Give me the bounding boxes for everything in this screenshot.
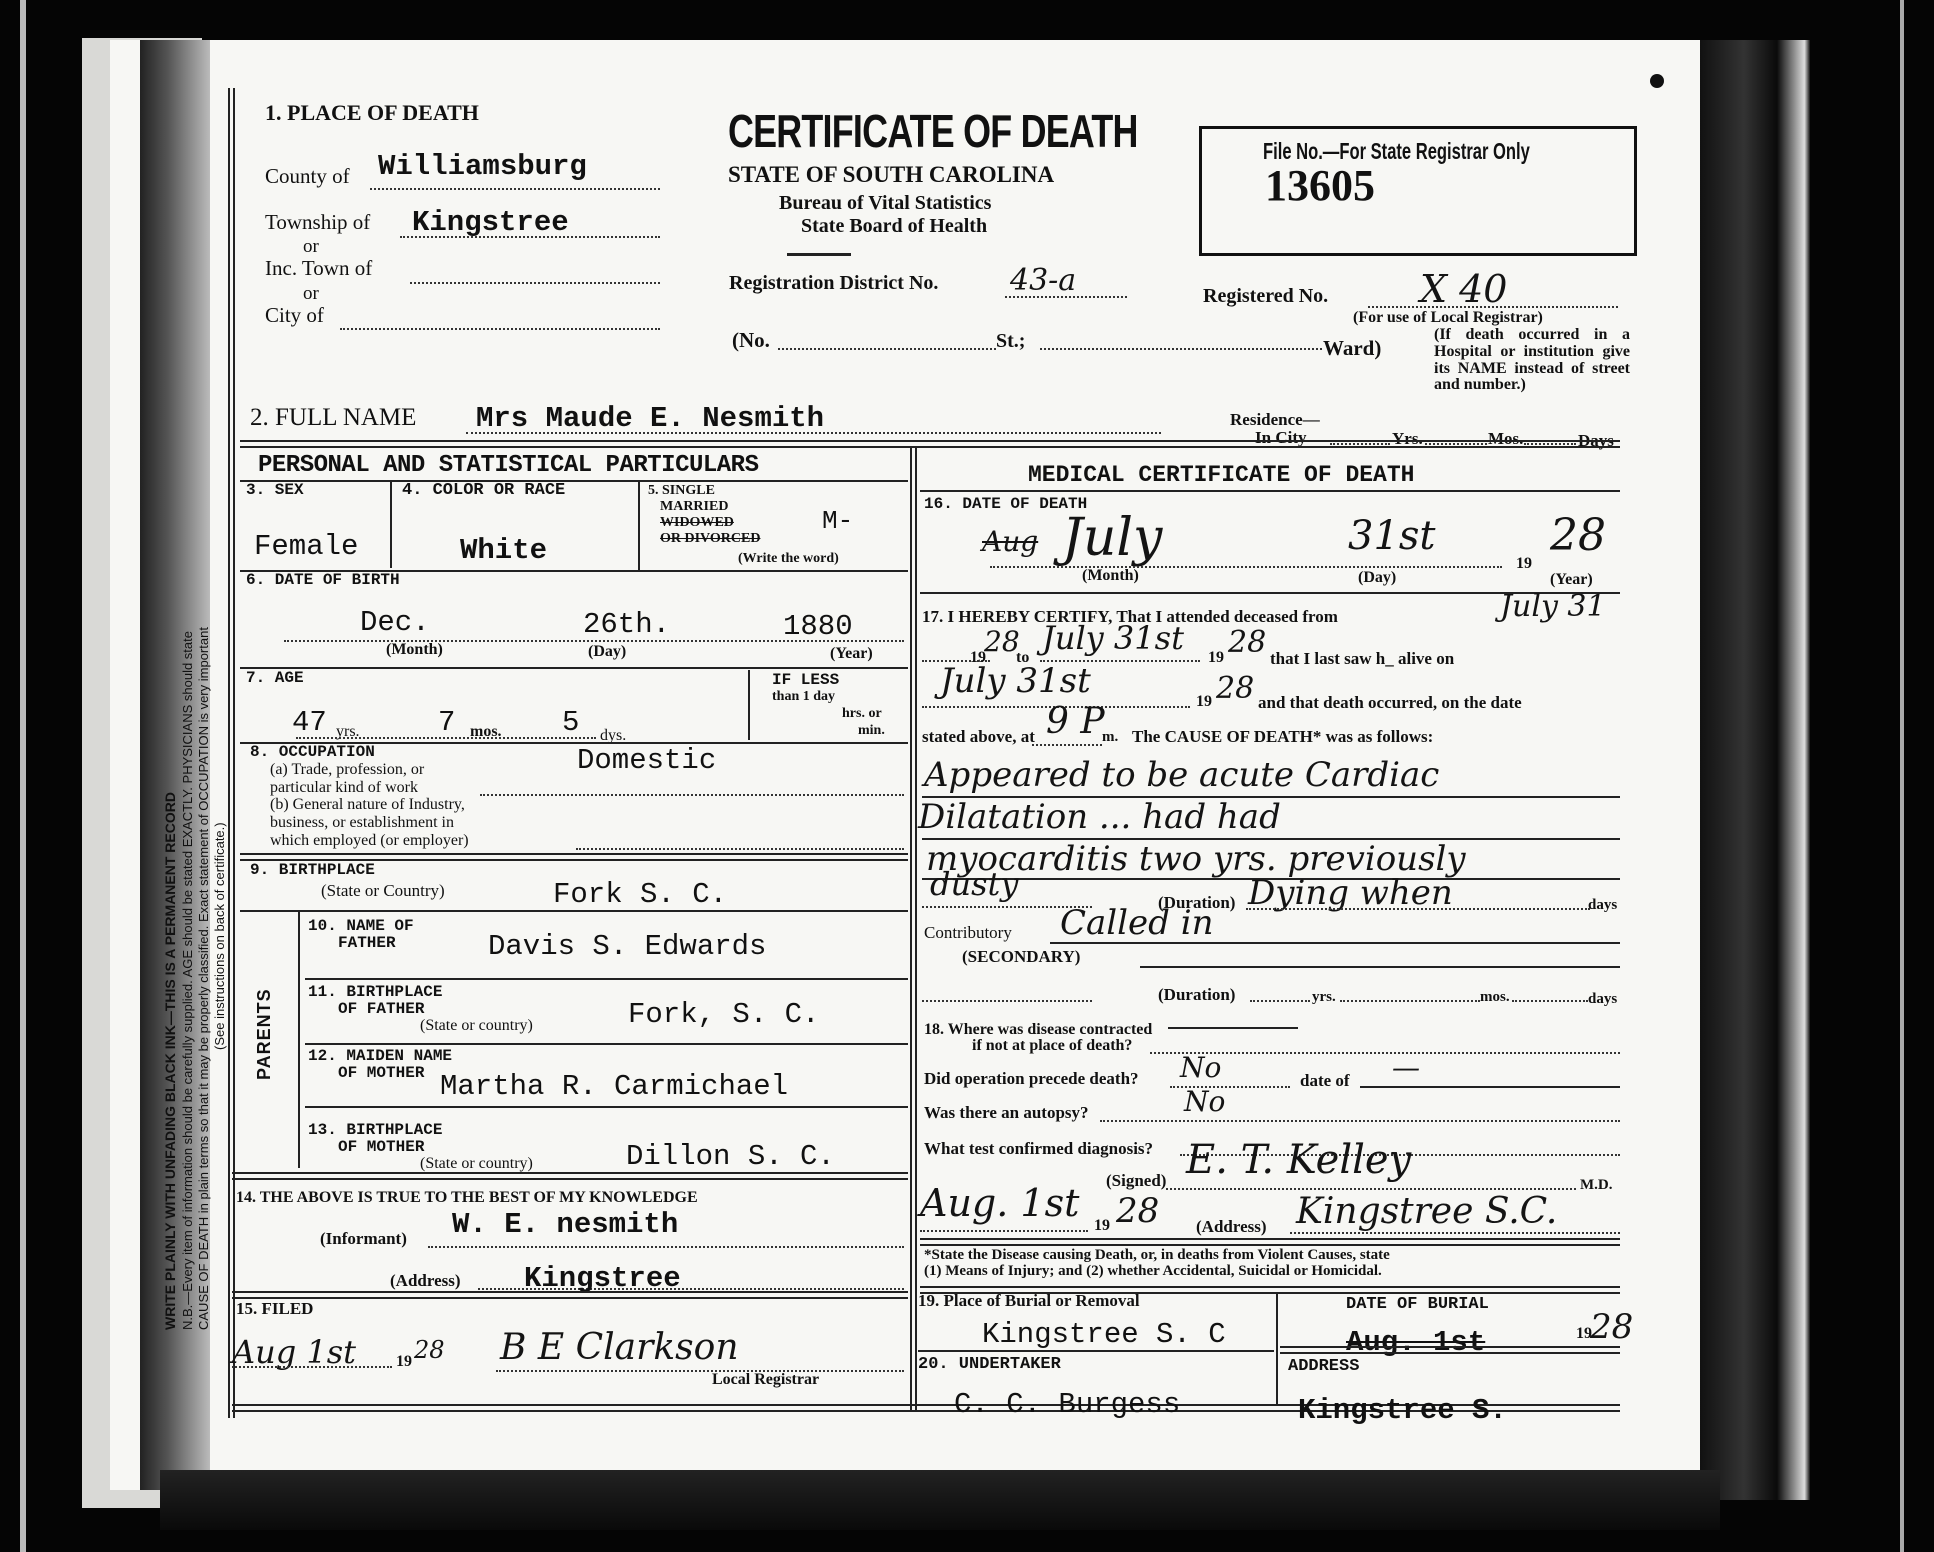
burial-date-line: [1280, 1346, 1620, 1354]
birthplace-sub: (State or Country): [321, 882, 445, 900]
marital-married: MARRIED: [660, 500, 728, 515]
margin-instruction-4: (See instructions on back of certificate…: [212, 822, 227, 1050]
dob-day[interactable]: 26th.: [583, 610, 670, 639]
if-less-2: than 1 day: [772, 690, 835, 705]
operation-label: Did operation precede death?: [924, 1070, 1139, 1088]
occupation-b: (b) General nature of Industry,: [270, 797, 465, 814]
duration-value-1[interactable]: Dying when: [1248, 876, 1453, 910]
mother-label-2: OF MOTHER: [338, 1065, 424, 1082]
birthplace-label: 9. BIRTHPLACE: [250, 862, 375, 879]
certificate-title: CERTIFICATE OF DEATH: [728, 104, 1138, 158]
street-st-line[interactable]: [1040, 348, 1322, 350]
county-line: [370, 188, 660, 190]
town-line[interactable]: [410, 282, 660, 284]
secondary-rule: [1140, 966, 1620, 968]
row-rule-informant: [232, 1172, 908, 1180]
informant-address-label: (Address): [390, 1272, 461, 1290]
father-birthplace-value[interactable]: Fork, S. C.: [628, 1000, 819, 1029]
signed-label: (Signed): [1106, 1172, 1166, 1190]
margin-instruction-3: CAUSE OF DEATH in plain terms so that it…: [196, 627, 211, 1330]
physician-signature[interactable]: E. T. Kelley: [1186, 1140, 1411, 1180]
last-saw-year-prefix: 19: [1196, 694, 1212, 711]
signed-date[interactable]: Aug. 1st: [920, 1184, 1079, 1222]
burial-place-value[interactable]: Kingstree S. C: [982, 1320, 1226, 1349]
margin-instruction-1: WRITE PLAINLY WITH UNFADING BLACK INK—TH…: [162, 792, 178, 1330]
contributory-value[interactable]: Called in: [1060, 906, 1214, 940]
scan-border-right: [1900, 0, 1904, 1552]
or-2: or: [303, 284, 319, 303]
column-divider: [910, 446, 917, 1411]
q18-rule-top: [1168, 1027, 1298, 1029]
autopsy-line: [1100, 1120, 1620, 1122]
last-saw-year[interactable]: 28: [1216, 674, 1254, 704]
name-divider: [240, 440, 1620, 448]
file-no-value[interactable]: 13605: [1265, 160, 1375, 211]
full-name-value[interactable]: Mrs Maude E. Nesmith: [476, 404, 824, 433]
occupation-b2: business, or establishment in: [270, 815, 454, 832]
marital-divorced: OR DIVORCED: [660, 532, 760, 547]
township-label: Township of: [265, 212, 370, 233]
dob-month-caption: (Month): [386, 642, 443, 659]
age-line: [296, 737, 596, 739]
contributory-label: Contributory: [924, 924, 1012, 942]
autopsy-value[interactable]: No: [1184, 1088, 1225, 1116]
marital-value[interactable]: M-: [822, 508, 853, 534]
occupation-line-a: [480, 794, 904, 796]
signed-year[interactable]: 28: [1116, 1194, 1159, 1228]
death-year-prefix: 19: [1516, 556, 1532, 573]
personal-heading-rule: [240, 480, 908, 482]
footnote-1: *State the Disease causing Death, or, in…: [924, 1248, 1390, 1264]
registrar-signature[interactable]: B E Clarkson: [500, 1330, 739, 1366]
marital-note: (Write the word): [738, 552, 839, 567]
age-months[interactable]: 7: [438, 708, 455, 737]
county-label: County of: [265, 166, 350, 187]
informant-line: [428, 1246, 904, 1248]
occupation-a2: particular kind of work: [270, 780, 418, 797]
if-less-3: hrs. or: [842, 707, 882, 722]
or-1: or: [303, 237, 319, 256]
duration-yrs-line[interactable]: [1250, 1000, 1310, 1002]
duration-yrs: yrs.: [1312, 990, 1336, 1006]
father-bp-label-3: (State or country): [420, 1018, 533, 1035]
burial-address-value[interactable]: Kingstree S.: [1298, 1396, 1507, 1425]
punch-hole: [1650, 74, 1664, 88]
duration-label-2: (Duration): [1158, 986, 1235, 1004]
dob-line: [284, 640, 904, 642]
time-m-label: m.: [1102, 730, 1118, 746]
occupation-label: 8. OCCUPATION: [250, 744, 375, 761]
burial-address-label: ADDRESS: [1288, 1358, 1359, 1376]
filed-label: 15. FILED: [236, 1300, 313, 1318]
death-time[interactable]: 9 P: [1046, 704, 1105, 740]
contributory-rule: [1050, 942, 1620, 944]
occupation-b3: which employed (or employer): [270, 833, 469, 850]
stated-above-label: stated above, at: [922, 728, 1035, 746]
duration-days-2: days: [1588, 992, 1617, 1008]
if-less-1: IF LESS: [772, 672, 839, 689]
q18-line-2: if not at place of death?: [972, 1038, 1132, 1055]
row-rule-father: [240, 910, 908, 912]
mother-bp-label-2: OF MOTHER: [338, 1139, 424, 1156]
race-label: 4. COLOR OR RACE: [402, 482, 565, 500]
father-bp-label-1: 11. BIRTHPLACE: [308, 984, 442, 1001]
occupation-value[interactable]: Domestic: [577, 746, 716, 775]
row-rule-birthplace: [240, 853, 908, 861]
signed-date-line: [920, 1230, 1088, 1232]
city-line[interactable]: [340, 328, 660, 330]
race-divider: [638, 482, 640, 570]
race-value[interactable]: White: [460, 536, 547, 565]
parents-label: PARENTS: [254, 988, 275, 1080]
informant-address-value[interactable]: Kingstree: [524, 1264, 681, 1293]
sex-value[interactable]: Female: [254, 532, 358, 561]
cause-line-1[interactable]: Appeared to be acute Cardiac: [924, 758, 1439, 792]
date-of-label: date of: [1300, 1072, 1350, 1090]
row-rule-age: [240, 667, 908, 669]
duration-mos-line[interactable]: [1340, 1000, 1480, 1002]
full-name-label: 2. FULL NAME: [250, 405, 416, 430]
filed-date[interactable]: Aug 1st: [232, 1336, 356, 1368]
age-years[interactable]: 47: [292, 708, 327, 737]
death-year-caption: (Year): [1550, 572, 1593, 589]
duration-days-1: days: [1588, 898, 1617, 914]
registered-no-label: Registered No.: [1203, 285, 1328, 308]
autopsy-label: Was there an autopsy?: [924, 1104, 1089, 1122]
board-name: State Board of Health: [801, 215, 987, 238]
scan-border-left: [20, 0, 26, 1552]
hospital-note: (If death occurred in a Hospital or inst…: [1434, 327, 1630, 394]
attended-to-year-prefix: 19: [1208, 650, 1224, 667]
mother-bp-label-3: (State or country): [420, 1156, 533, 1173]
signed-address-label: (Address): [1196, 1218, 1267, 1236]
burial-divider: [1276, 1292, 1278, 1404]
attended-from[interactable]: July 31: [1500, 592, 1606, 622]
registration-district-value[interactable]: 43-a: [1010, 266, 1076, 296]
ward-label: Ward): [1323, 336, 1381, 361]
father-value[interactable]: Davis S. Edwards: [488, 932, 766, 961]
footnote-2: (1) Means of Injury; and (2) whether Acc…: [924, 1264, 1382, 1280]
medical-heading-rule: [920, 490, 1620, 492]
township-value[interactable]: Kingstree: [412, 208, 569, 237]
attended-to[interactable]: July 31st: [1042, 622, 1184, 654]
left-frame-rule: [228, 88, 235, 1418]
dob-label: 6. DATE OF BIRTH: [246, 572, 400, 589]
mother-bp-label-1: 13. BIRTHPLACE: [308, 1122, 442, 1139]
county-value[interactable]: Williamsburg: [378, 152, 587, 181]
last-saw-text: that I last saw h_ alive on: [1270, 650, 1454, 668]
mother-label-1: 12. MAIDEN NAME: [308, 1048, 452, 1065]
registered-no-value[interactable]: X 40: [1420, 270, 1508, 308]
death-occurred-text: and that death occurred, on the date: [1258, 694, 1522, 712]
residence-label: Residence—: [1230, 411, 1320, 429]
secondary-blank: [922, 1000, 1092, 1002]
place-of-death-heading: 1. PLACE OF DEATH: [265, 102, 479, 124]
birthplace-value[interactable]: Fork S. C.: [553, 880, 727, 909]
duration-days-line[interactable]: [1512, 1000, 1588, 1002]
row-rule-mother-bp: [305, 1106, 908, 1108]
burial-place-line: [918, 1350, 1274, 1352]
if-less-4: min.: [858, 724, 885, 739]
operation-value[interactable]: No: [1180, 1054, 1221, 1082]
margin-instruction-2: N.B.—Every item of information should be…: [180, 631, 195, 1330]
row-rule-filed: [232, 1291, 908, 1299]
row-rule-mother: [305, 1043, 908, 1045]
registrar-line: [496, 1370, 904, 1372]
town-label: Inc. Town of: [265, 258, 372, 279]
city-label: City of: [265, 305, 324, 326]
death-day[interactable]: 31st: [1348, 516, 1436, 556]
attended-to-year[interactable]: 28: [1228, 628, 1266, 658]
row-rule-father-bp: [305, 978, 908, 980]
duration-mos: mos.: [1480, 990, 1510, 1006]
death-time-line: [1032, 744, 1102, 746]
filed-date-line: [232, 1366, 392, 1368]
death-year[interactable]: 28: [1550, 514, 1606, 558]
medical-heading: MEDICAL CERTIFICATE OF DEATH: [1028, 462, 1414, 488]
burial-year[interactable]: 28: [1590, 1310, 1633, 1344]
occupation-a: (a) Trade, profession, or: [270, 762, 424, 779]
burial-date-label: DATE OF BURIAL: [1346, 1296, 1489, 1314]
street-st-label: St.;: [996, 330, 1025, 353]
title-underline: [787, 253, 851, 256]
occupation-line-b[interactable]: [576, 848, 904, 850]
death-date-line: [990, 566, 1502, 568]
bureau-name: Bureau of Vital Statistics: [779, 192, 991, 215]
street-no-label: (No.: [732, 328, 770, 353]
operation-date-line: [1360, 1086, 1620, 1088]
father-label-2: FATHER: [338, 935, 396, 952]
parents-divider: [298, 912, 300, 1168]
personal-heading: PERSONAL AND STATISTICAL PARTICULARS: [258, 452, 758, 479]
registration-district-label: Registration District No.: [729, 272, 938, 295]
filed-year-prefix: 19: [396, 1354, 412, 1371]
death-month-caption: (Month): [1082, 568, 1139, 585]
signed-line: [1166, 1188, 1576, 1190]
informant-heading: 14. THE ABOVE IS TRUE TO THE BEST OF MY …: [236, 1190, 698, 1207]
filed-year[interactable]: 28: [414, 1338, 445, 1362]
street-no-line[interactable]: [778, 348, 996, 350]
cause-intro: The CAUSE OF DEATH* was as follows:: [1132, 728, 1433, 746]
bottom-shadow: [160, 1470, 1720, 1530]
duration-line-1: [1246, 908, 1590, 910]
mother-value[interactable]: Martha R. Carmichael: [440, 1072, 788, 1101]
age-divider: [748, 670, 750, 740]
signed-address[interactable]: Kingstree S.C.: [1296, 1194, 1557, 1230]
signed-year-prefix: 19: [1094, 1218, 1110, 1235]
age-label: 7. AGE: [246, 670, 304, 687]
death-day-caption: (Day): [1358, 570, 1396, 587]
state-name: STATE OF SOUTH CAROLINA: [728, 162, 1054, 188]
cause-line-2[interactable]: Dilatation ... had had: [918, 800, 1281, 834]
informant-value[interactable]: W. E. nesmith: [452, 1210, 678, 1239]
attended-from-year[interactable]: 28: [984, 628, 1020, 656]
marital-single: 5. SINGLE: [648, 484, 715, 499]
secondary-label: (SECONDARY): [962, 948, 1080, 966]
operation-date[interactable]: —: [1392, 1054, 1420, 1082]
last-saw-date[interactable]: July 31st: [940, 664, 1091, 698]
burial-place-label: 19. Place of Burial or Removal: [918, 1292, 1140, 1310]
dob-year-caption: (Year): [830, 646, 873, 663]
registered-no-note: (For use of Local Registrar): [1353, 310, 1543, 327]
father-label-1: 10. NAME OF: [308, 918, 414, 935]
footnote-rule-top: [920, 1238, 1620, 1246]
father-bp-label-2: OF FATHER: [338, 1001, 424, 1018]
age-days[interactable]: 5: [562, 708, 579, 737]
cause-line-4[interactable]: dusty: [930, 868, 1018, 900]
dob-day-caption: (Day): [588, 644, 626, 661]
death-month[interactable]: July: [1062, 512, 1162, 564]
sex-label: 3. SEX: [246, 482, 304, 499]
test-label: What test confirmed diagnosis?: [924, 1140, 1153, 1158]
right-binding-shadow: [1700, 40, 1810, 1500]
dob-year[interactable]: 1880: [783, 612, 853, 641]
undertaker-value[interactable]: C. C. Burgess: [954, 1390, 1180, 1419]
dob-month[interactable]: Dec.: [360, 608, 430, 637]
marital-widowed: WIDOWED: [660, 516, 734, 531]
sex-divider: [390, 482, 392, 568]
md-label: M.D.: [1580, 1178, 1613, 1194]
registrar-caption: Local Registrar: [712, 1372, 819, 1389]
signed-address-line: [1290, 1232, 1620, 1234]
death-month-struck: Aug: [982, 528, 1038, 556]
undertaker-label: 20. UNDERTAKER: [918, 1356, 1061, 1374]
informant-label: (Informant): [320, 1230, 407, 1248]
mother-birthplace-value[interactable]: Dillon S. C.: [626, 1142, 835, 1171]
